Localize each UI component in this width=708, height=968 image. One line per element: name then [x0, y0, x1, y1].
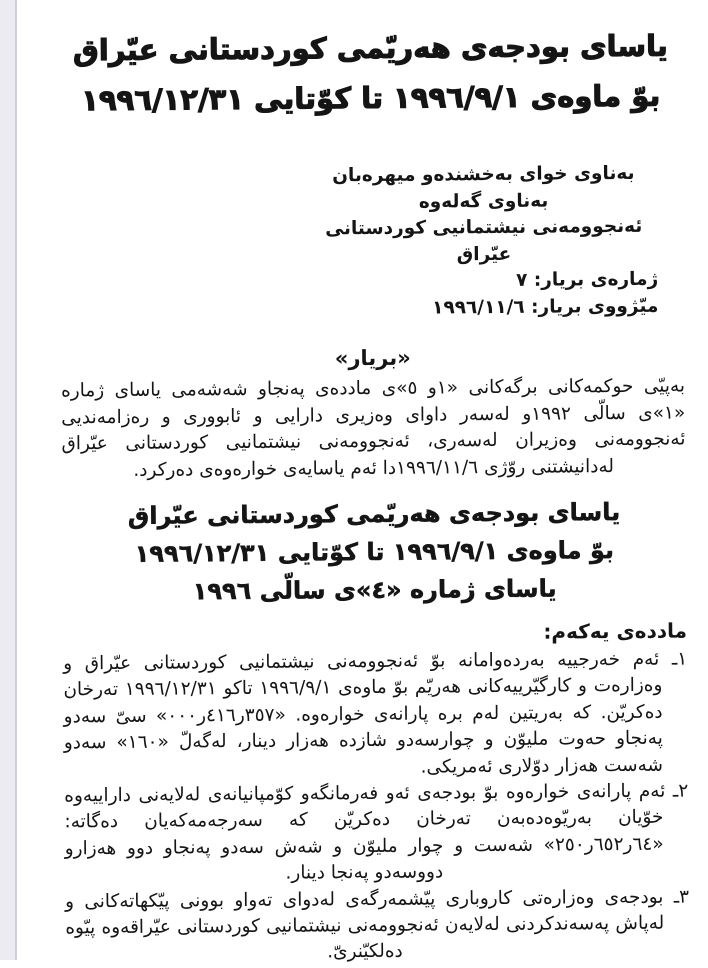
article-one-items: ١ـ ئه‌م خه‌رجييه به‌رده‌وامانه بوّ ئه‌نج… [63, 647, 689, 960]
in-name-of-people-line: به‌ناوى گه‌له‌وه [309, 187, 657, 216]
document-title: ياساى بودجه‌ى هه‌ريّمى كوردستانى عيّراق … [58, 21, 683, 126]
law-title: ياساى بودجه‌ى هه‌ريّمى كوردستانى عيّراق … [62, 493, 687, 612]
scan-left-edge [0, 0, 17, 960]
article-item-2: ٢ـ ئه‌م پارانه‌ى خواره‌وه بوّ بودجه‌ى ئه… [64, 779, 689, 890]
decision-number-line: ژماره‌ى بريار: ٧ [310, 267, 658, 296]
decision-body-tail: ١٩٩٦/١١/٦دا ئه‌م ياسايه‌ى خواره‌وه‌ى ده‌… [133, 457, 478, 481]
decision-heading: «بريار» [61, 344, 685, 373]
law-title-line1: ياساى بودجه‌ى هه‌ريّمى كوردستانى عيّراق [62, 493, 686, 536]
law-title-line2: بوّ ماوه‌ى ١٩٩٦/٩/١ تا كوّتايى ١٩٩٦/١٢/٣… [62, 531, 686, 574]
preamble: به‌ناوى خواى به‌خشنده‌و ميهره‌بان به‌ناو… [309, 161, 658, 323]
document-content: ياساى بودجه‌ى هه‌ريّمى كوردستانى عيّراق … [58, 0, 690, 960]
bismillah-line: به‌ناوى خواى به‌خشنده‌و ميهره‌بان [309, 161, 657, 190]
document-title-line1: ياساى بودجه‌ى هه‌ريّمى كوردستانى عيّراق [58, 21, 682, 76]
decision-body: به‌پيّى حوكمه‌كانى برگه‌كانى «١و ٥»ى ماد… [61, 374, 686, 485]
document-page: ياساى بودجه‌ى هه‌ريّمى كوردستانى عيّراق … [17, 0, 708, 960]
article-one-heading: مادده‌ى يه‌كه‌م: [63, 617, 687, 650]
assembly-name-line: ئه‌نجوومه‌نى نيشتمانيى كوردستانى عيّراق [310, 214, 658, 270]
decision-date-line: ميّژووى بريار: ١٩٩٦/١١/٦ [310, 293, 658, 322]
article-item-1: ١ـ ئه‌م خه‌رجييه به‌رده‌وامانه بوّ ئه‌نج… [63, 647, 688, 784]
document-title-line2: بوّ ماوه‌ى ١٩٩٦/٩/١ تا كوّتايى ١٩٩٦/١٢/٣… [59, 71, 683, 126]
law-title-line3: ياساى ژماره «٤»ى سالّى ١٩٩٦ [62, 569, 686, 612]
article-item-3: ٣ـ بودجه‌ى وه‌زاره‌تى كاروبارى پيّشمه‌رگ… [65, 884, 690, 960]
